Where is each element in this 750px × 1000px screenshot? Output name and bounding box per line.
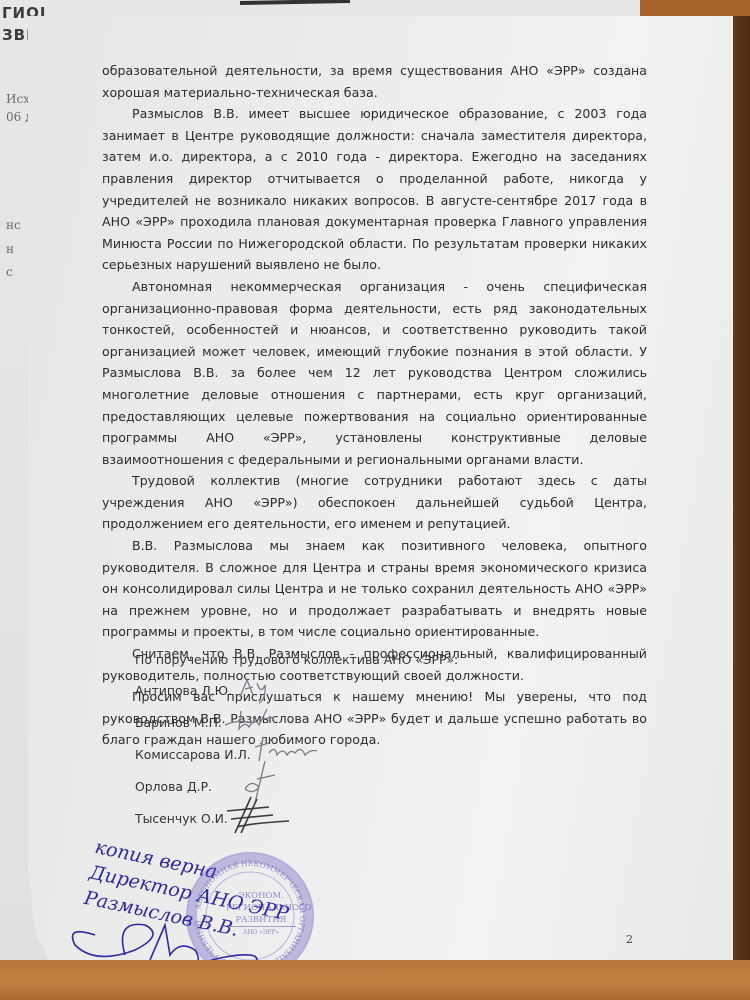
paragraph: В.В. Размыслова мы знаем как позитивного… [102, 535, 647, 643]
signer-name: Тысенчук О.И. [135, 811, 228, 826]
signer-row: Орлова Д.Р. [135, 775, 458, 807]
background-fragment: н [6, 242, 14, 256]
letter-body: образовательной деятельности, за время с… [102, 60, 647, 751]
paragraph: Автономная некоммерческая организация - … [102, 276, 647, 470]
signer-row: Антипова Л.Ю. [135, 679, 458, 711]
signer-name: Баринов М.П. [135, 715, 222, 730]
background-fragment: с [6, 265, 13, 279]
signature-block-title: По поручению трудового коллектива АНО «Э… [135, 652, 458, 667]
signer-row: Комиссарова И.Л. [135, 743, 458, 775]
paragraph: образовательной деятельности, за время с… [102, 60, 647, 103]
signature-scribble-icon [235, 675, 275, 705]
signature-block: По поручению трудового коллектива АНО «Э… [135, 652, 458, 839]
page-number: 2 [626, 933, 633, 946]
desk-surface-bottom [0, 960, 750, 1000]
signature-scribble-icon [223, 705, 283, 735]
signer-row: Тысенчук О.И. [135, 807, 458, 839]
paragraph: Размыслов В.В. имеет высшее юридическое … [102, 103, 647, 276]
signer-name: Орлова Д.Р. [135, 779, 212, 794]
background-fragment: нс [6, 218, 21, 232]
paragraph: Трудовой коллектив (многие сотрудники ра… [102, 470, 647, 535]
signer-name: Комиссарова И.Л. [135, 747, 251, 762]
signature-scribble-icon [223, 793, 293, 839]
signer-name: Антипова Л.Ю. [135, 683, 232, 698]
